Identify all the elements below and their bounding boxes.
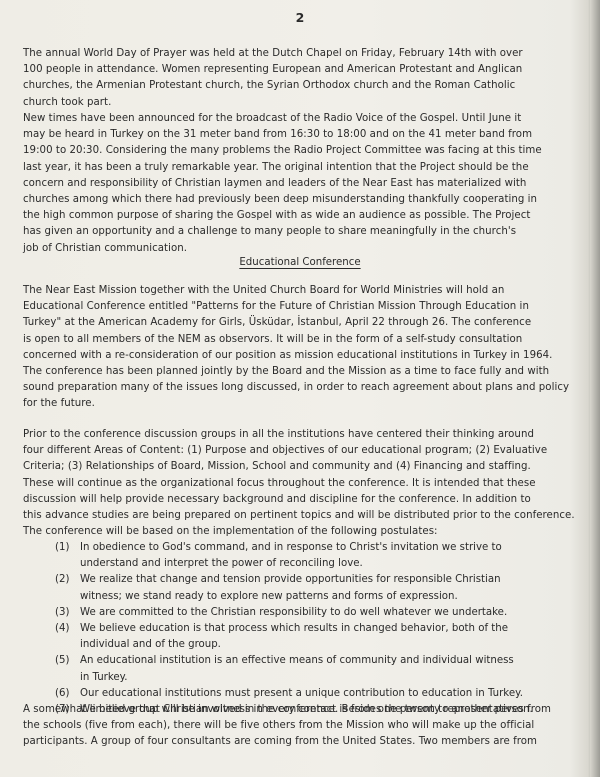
paragraph-world-day-of-prayer: The annual World Day of Prayer was held … xyxy=(23,46,583,111)
text-line: These will continue as the organizationa… xyxy=(23,476,583,492)
text-line: the schools (five from each), there will… xyxy=(23,718,583,734)
text-line: individual and of the group. xyxy=(72,637,533,653)
text-line: Educational Conference entitled "Pattern… xyxy=(23,299,583,315)
text-line: concerned with a re-consideration of our… xyxy=(23,348,583,364)
text-line: witness; we stand ready to explore new p… xyxy=(72,589,533,605)
text-line: The conference has been planned jointly … xyxy=(23,364,583,380)
postulate-item: (5) An educational institution is an eff… xyxy=(55,653,533,685)
postulate-number: (3) xyxy=(55,605,69,621)
text-line: Our educational institutions must presen… xyxy=(72,686,533,702)
page-edge-shadow xyxy=(590,0,600,777)
text-line: in Turkey. xyxy=(72,670,533,686)
section-heading: Educational Conference xyxy=(0,257,600,268)
postulate-item: (6) Our educational institutions must pr… xyxy=(55,686,533,702)
postulate-item: (3) We are committed to the Christian re… xyxy=(55,605,533,621)
postulate-item: (1) In obedience to God's command, and i… xyxy=(55,540,533,572)
text-line: sound preparation many of the issues lon… xyxy=(23,380,583,396)
postulate-number: (2) xyxy=(55,572,69,588)
text-line: discussion will help provide necessary b… xyxy=(23,492,583,508)
postulate-number: (4) xyxy=(55,621,69,637)
text-line: The conference will be based on the impl… xyxy=(23,524,583,540)
paragraph-postulates-intro: The conference will be based on the impl… xyxy=(23,524,583,540)
text-line: the high common purpose of sharing the G… xyxy=(23,208,583,224)
text-line: We are committed to the Christian respon… xyxy=(72,605,533,621)
paragraph-participants: A somewhat limited group will be involve… xyxy=(23,702,583,751)
text-line: this advance studies are being prepared … xyxy=(23,508,583,524)
text-line: An educational institution is an effecti… xyxy=(72,653,533,669)
text-line: The annual World Day of Prayer was held … xyxy=(23,46,583,62)
heading-text: Educational Conference xyxy=(239,257,360,268)
text-line: 100 people in attendance. Women represen… xyxy=(23,62,583,78)
paragraph-educational-conference: The Near East Mission together with the … xyxy=(23,283,583,413)
postulate-item: (4) We believe education is that process… xyxy=(55,621,533,653)
postulate-number: (6) xyxy=(55,686,69,702)
text-line: Criteria; (3) Relationships of Board, Mi… xyxy=(23,459,583,475)
paragraph-radio-voice: New times have been announced for the br… xyxy=(23,111,583,257)
text-line: church took part. xyxy=(23,95,583,111)
text-line: We believe education is that process whi… xyxy=(72,621,533,637)
text-line: has given an opportunity and a challenge… xyxy=(23,224,583,240)
text-line: concern and responsibility of Christian … xyxy=(23,176,583,192)
text-line: Turkey" at the American Academy for Girl… xyxy=(23,315,583,331)
text-line: participants. A group of four consultant… xyxy=(23,734,583,750)
text-line: for the future. xyxy=(23,396,583,412)
postulates-list: (1) In obedience to God's command, and i… xyxy=(55,540,533,718)
text-line: Prior to the conference discussion group… xyxy=(23,427,583,443)
text-line: job of Christian communication. xyxy=(23,241,583,257)
text-line: may be heard in Turkey on the 31 meter b… xyxy=(23,127,583,143)
postulate-number: (5) xyxy=(55,653,69,669)
text-line: We realize that change and tension provi… xyxy=(72,572,533,588)
postulate-number: (1) xyxy=(55,540,69,556)
text-line: is open to all members of the NEM as obs… xyxy=(23,332,583,348)
text-line: The Near East Mission together with the … xyxy=(23,283,583,299)
text-line: understand and interpret the power of re… xyxy=(72,556,533,572)
document-page: 2 The annual World Day of Prayer was hel… xyxy=(0,0,600,777)
postulate-item: (2) We realize that change and tension p… xyxy=(55,572,533,604)
text-line: 19:00 to 20:30. Considering the many pro… xyxy=(23,143,583,159)
text-line: churches, the Armenian Protestant church… xyxy=(23,78,583,94)
text-line: four different Areas of Content: (1) Pur… xyxy=(23,443,583,459)
page-number: 2 xyxy=(0,10,600,25)
text-line: In obedience to God's command, and in re… xyxy=(72,540,533,556)
text-line: last year, it has been a truly remarkabl… xyxy=(23,160,583,176)
paragraph-discussion-groups: Prior to the conference discussion group… xyxy=(23,427,583,524)
text-line: New times have been announced for the br… xyxy=(23,111,583,127)
text-line: A somewhat limited group will be involve… xyxy=(23,702,583,718)
text-line: churches among which there had previousl… xyxy=(23,192,583,208)
